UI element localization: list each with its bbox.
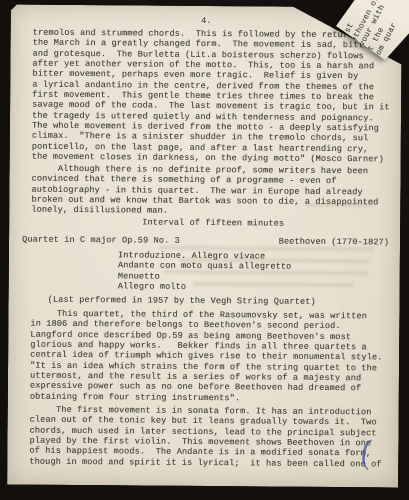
interval-note: Interval of fifteen minutes bbox=[142, 218, 284, 229]
folded-page-text: firstBeethoven offavour withbut thefrom … bbox=[336, 0, 407, 64]
program-page: 4. tremolos and strummed chords. This is… bbox=[7, 4, 402, 487]
paragraph-first-movement: The first movement is in sonata form. It… bbox=[29, 405, 382, 470]
text-line: the movement closes in darkness, on the … bbox=[32, 152, 390, 165]
show-through-streak bbox=[304, 203, 374, 208]
text-line: though in mood and spirit it is lyrical;… bbox=[29, 456, 381, 469]
folded-page-corner: firstBeethoven offavour withbut thefrom … bbox=[328, 0, 409, 64]
paragraph-programme-autobiography: Although there is no definite proof, som… bbox=[31, 164, 378, 218]
folded-page-surface: firstBeethoven offavour withbut thefrom … bbox=[328, 0, 409, 64]
paragraph-rasoumovsky: This quartet, the third of the Rasoumovs… bbox=[30, 309, 383, 405]
last-performed-note: (Last performed in 1957 by the Vegh Stri… bbox=[48, 295, 316, 307]
work-title: Quartet in C major Op.59 No. 3 bbox=[22, 235, 180, 247]
